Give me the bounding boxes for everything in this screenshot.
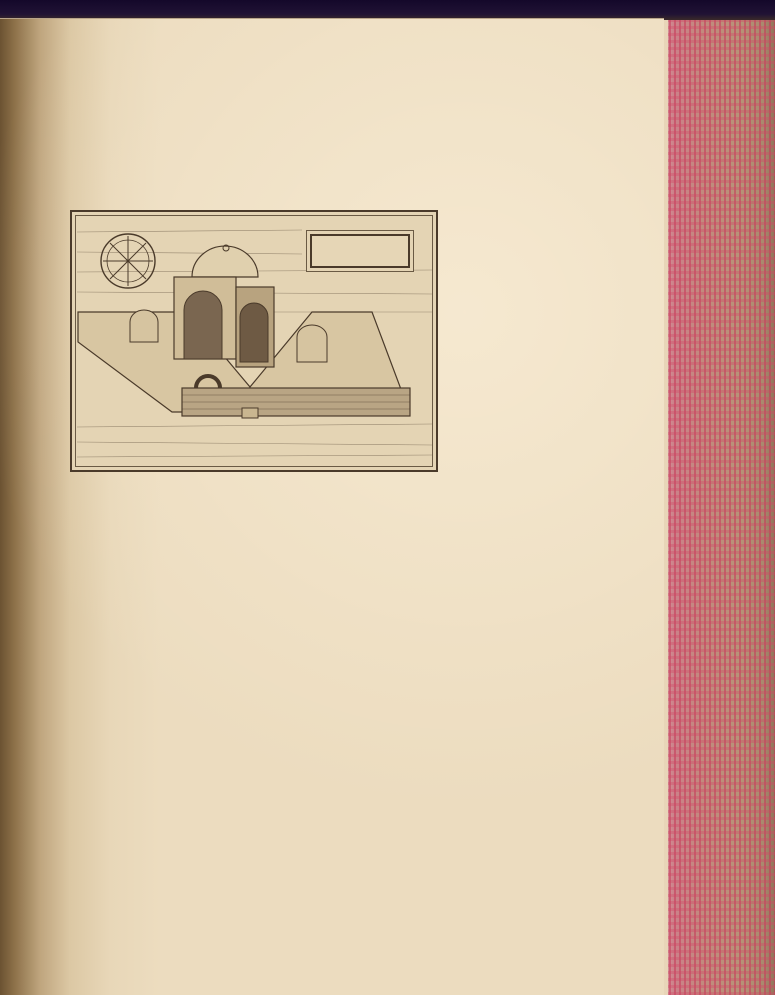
cartouche-title — [310, 234, 410, 268]
photo-top-edge — [0, 0, 775, 20]
engraving-plate-sepulchre-of-rachel — [70, 210, 438, 472]
book-page — [0, 18, 664, 995]
compass-rose-icon — [101, 234, 155, 288]
red-stained-fore-edge — [664, 20, 775, 995]
